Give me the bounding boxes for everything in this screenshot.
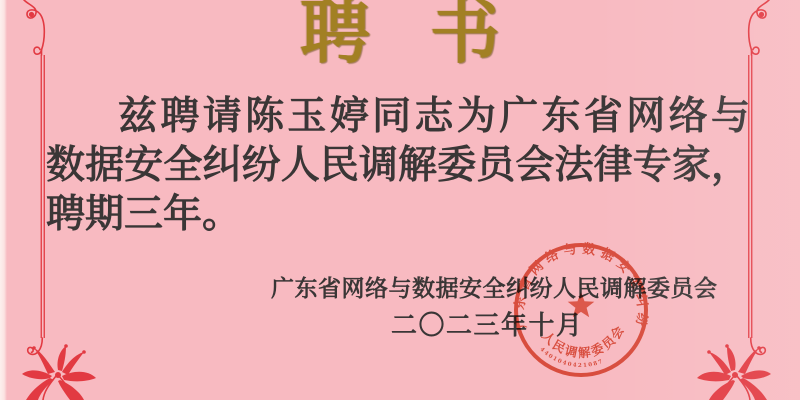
body-line: 聘期三年。 (46, 190, 750, 239)
certificate-body: 兹聘请陈玉婷同志为广东省网络与 数据安全纠纷人民调解委员会法律专家， 聘期三年。 (46, 92, 750, 239)
appointment-certificate: 聘 书 兹聘请陈玉婷同志为广东省网络与 数据安全纠纷人民调解委员会法律专家， 聘… (0, 0, 800, 400)
star-icon (568, 292, 595, 317)
svg-text:人民调解委员会: 人民调解委员会 (539, 322, 627, 361)
body-line: 数据安全纠纷人民调解委员会法律专家， (46, 141, 750, 190)
title-char: 聘 (300, 0, 370, 70)
certificate-title: 聘 书 (0, 0, 800, 70)
title-char: 书 (430, 0, 500, 70)
official-seal: 广东省网络与数据安全纠纷 人民调解委员会 4401040421087 (511, 240, 651, 380)
seal-arc-top-text: 广东省网络与数据安全纠纷 (511, 241, 650, 333)
seal-arc-bottom-text: 人民调解委员会 (539, 322, 627, 361)
body-line: 兹聘请陈玉婷同志为广东省网络与 (46, 92, 750, 141)
svg-text:广东省网络与数据安全纠纷: 广东省网络与数据安全纠纷 (511, 241, 650, 333)
